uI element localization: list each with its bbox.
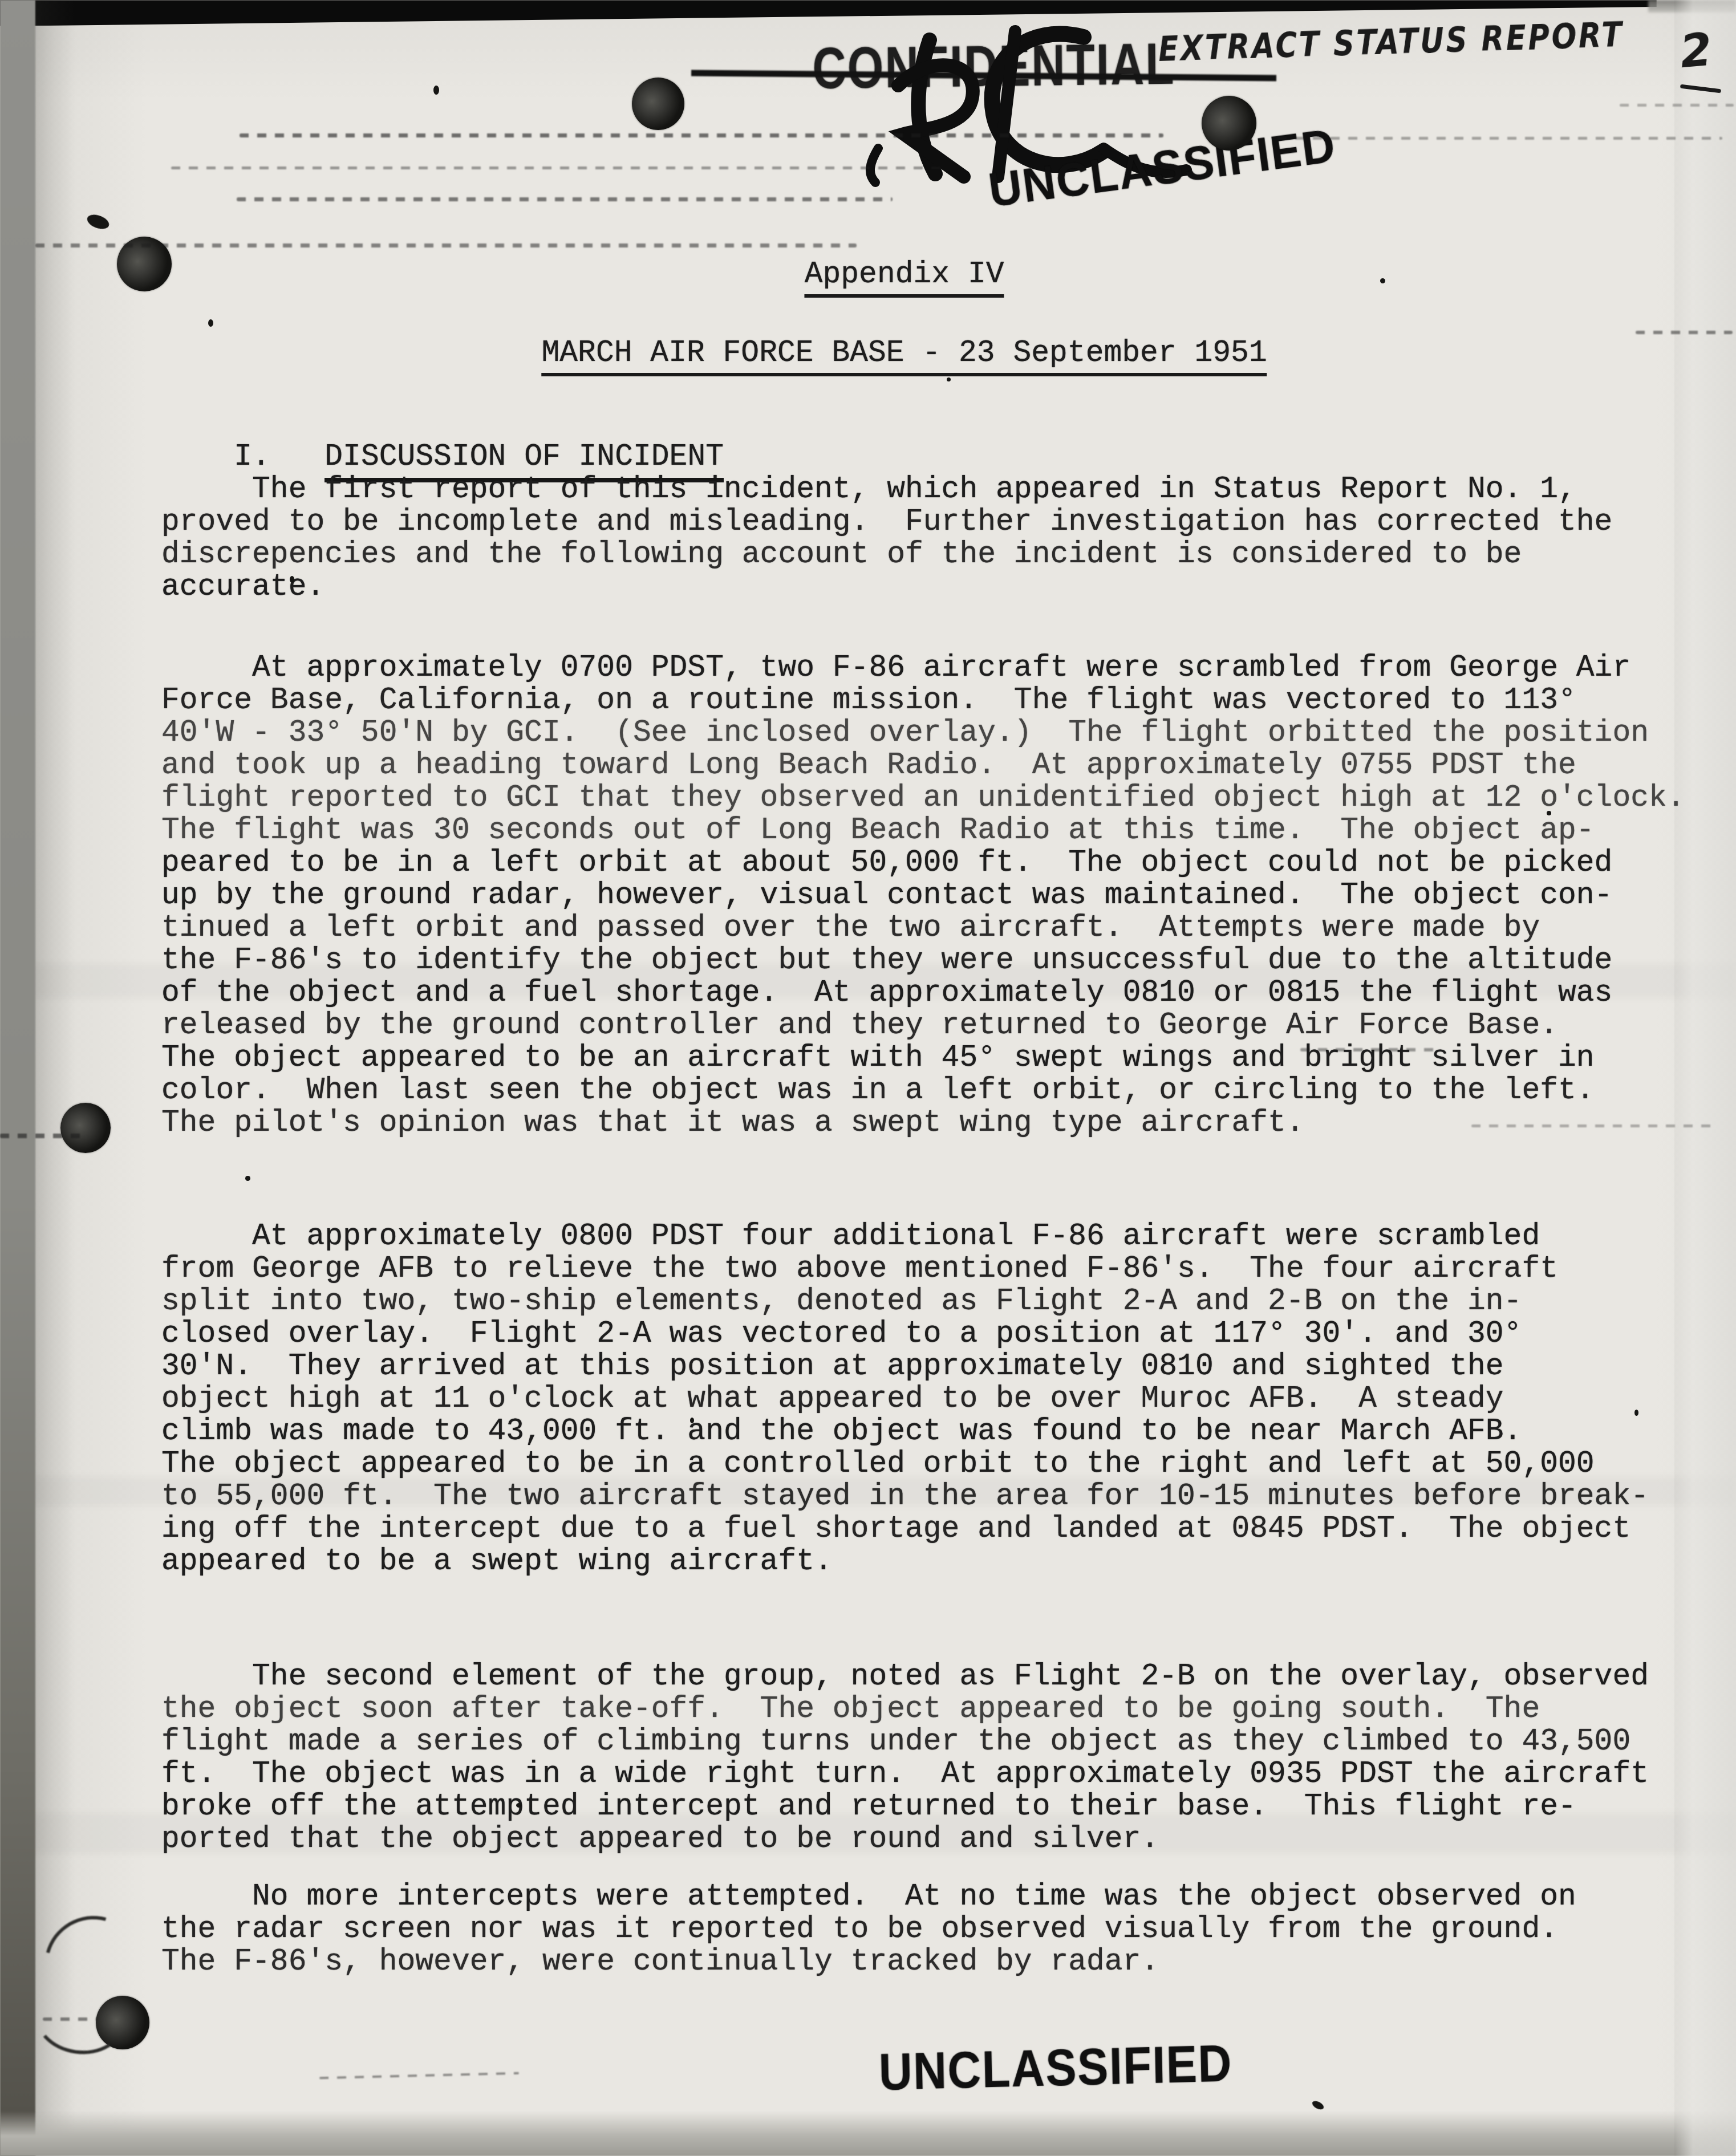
scan-edge-left-shadow [35,0,75,2156]
text-line: released by the ground controller and th… [161,1009,1685,1042]
scratch-line [35,243,857,247]
paragraph-5: No more intercepts were attempted. At no… [161,1881,1576,1978]
paragraph-2: At approximately 0700 PDST, two F-86 air… [161,652,1685,1139]
document-title-text: MARCH AIR FORCE BASE - 23 September 1951 [542,337,1267,376]
text-line: and took up a heading toward Long Beach … [161,749,1685,782]
ink-speck [85,212,111,232]
unclassified-stamp-bottom: UNCLASSIFIED [878,2035,1233,2102]
scratch-line [1620,104,1734,107]
ink-speck [516,1803,522,1808]
appendix-title-text: Appendix IV [805,258,1004,298]
text-line: accurate. [161,571,1612,603]
text-line: At approximately 0800 PDST four addition… [161,1220,1649,1253]
ink-speck [1547,811,1551,815]
text-line: from George AFB to relieve the two above… [161,1253,1649,1285]
text-line: The flight was 30 seconds out of Long Be… [161,814,1685,847]
text-line: No more intercepts were attempted. At no… [161,1881,1576,1913]
punch-hole [1202,96,1256,151]
section-number: I. [234,440,270,474]
text-line: up by the ground radar, however, visual … [161,879,1685,912]
scanned-document-page: { "doc": { "colors": { "paper": "#e9e7e2… [0,0,1736,2156]
ink-speck [690,1418,694,1423]
scratch-line [0,1134,86,1138]
scratch-line [171,167,947,169]
scan-edge-left [0,0,35,2156]
text-line: 30'N. They arrived at this position at a… [161,1350,1649,1383]
scratch-line [1471,1124,1717,1127]
text-line: flight made a series of climbing turns u… [161,1725,1649,1758]
text-line: ft. The object was in a wide right turn.… [161,1758,1649,1790]
paragraph-4: The second element of the group, noted a… [161,1660,1649,1888]
text-line: The F-86's, however, were continually tr… [161,1946,1576,1978]
text-line: The object appeared to be an aircraft wi… [161,1042,1685,1074]
scratch-line [1636,331,1733,334]
text-line: The pilot's opinion was that it was a sw… [161,1107,1685,1139]
text-line: The second element of the group, noted a… [161,1660,1649,1693]
text-line: color. When last seen the object was in … [161,1074,1685,1107]
text-line: the F-86's to identify the object but th… [161,944,1685,977]
text-line: the radar screen nor was it reported to … [161,1913,1576,1946]
text-line: climb was made to 43,000 ft. and the obj… [161,1415,1649,1448]
scratch-line [1300,1048,1437,1051]
ink-speck [245,1176,250,1181]
ink-speck [208,319,213,327]
text-line: The first report of this incident, which… [161,473,1612,506]
text-line: Force Base, California, on a routine mis… [161,684,1685,717]
ink-speck [1380,278,1385,283]
scratch-line [1277,137,1722,140]
text-line: discrepencies and the following account … [161,538,1612,571]
paragraph-1: The first report of this incident, which… [161,473,1612,603]
text-line: of the object and a fuel shortage. At ap… [161,977,1685,1009]
text-line: tinued a left orbit and passed over the … [161,912,1685,944]
text-line: The object appeared to be in a controlle… [161,1448,1649,1480]
text-line: closed overlay. Flight 2-A was vectored … [161,1318,1649,1350]
paragraph-3: At approximately 0800 PDST four addition… [161,1220,1649,1578]
text-line: ing off the intercept due to a fuel shor… [161,1513,1649,1545]
scan-edge-bottom [0,2111,1736,2156]
ink-speck [1634,1410,1638,1416]
text-line: At approximately 0700 PDST, two F-86 air… [161,652,1685,684]
punch-hole [60,1103,111,1153]
text-line: appeared to be a swept wing aircraft. [161,1545,1649,1578]
text-line: peared to be in a left orbit at about 50… [161,847,1685,879]
document-title: MARCH AIR FORCE BASE - 23 September 1951 [469,304,1267,409]
punch-hole [632,78,684,130]
scratch-line [237,197,893,201]
text-line: the object soon after take-off. The obje… [161,1693,1649,1725]
text-line: to 55,000 ft. The two aircraft stayed in… [161,1480,1649,1513]
ink-speck [947,377,951,381]
handwritten-page-number: 2 [1678,23,1714,78]
text-line: flight reported to GCI that they observe… [161,782,1685,814]
text-line: 40'W - 33° 50'N by GCI. (See inclosed ov… [161,717,1685,749]
text-line: proved to be incomplete and misleading. … [161,506,1612,538]
text-line: ported that the object appeared to be ro… [161,1823,1649,1855]
text-line: split into two, two-ship elements, denot… [161,1285,1649,1318]
section-spacer [270,440,325,474]
scratch-line [319,2072,519,2080]
scratch-line [240,133,1163,137]
text-line: object high at 11 o'clock at what appear… [161,1383,1649,1415]
paper-sheet: CONFIDENTIAL EXTRACT STATUS REPORT 2 UNC… [0,0,1736,2156]
ink-speck [290,576,294,583]
ink-speck [433,86,439,95]
text-line: broke off the attempted intercept and re… [161,1790,1649,1823]
ink-speck [1311,2100,1325,2112]
